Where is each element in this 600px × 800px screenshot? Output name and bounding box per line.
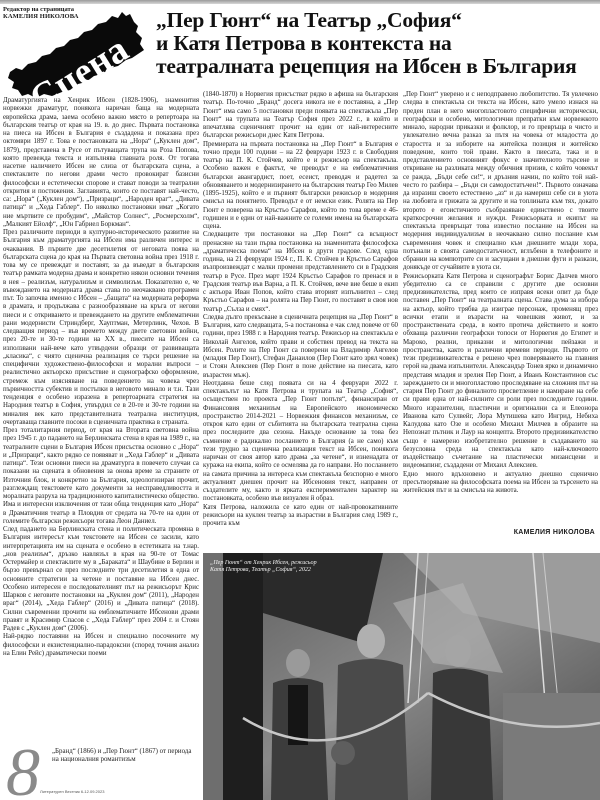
paragraph: Катя Петрова, наложила се като един от н… bbox=[203, 504, 398, 529]
paragraph: „Пер Гюнт“ уверено и с неподправено любо… bbox=[403, 91, 598, 273]
article-column-3: „Пер Гюнт“ уверено и с неподправено любо… bbox=[403, 91, 598, 523]
paragraph: Режисьорката Катя Петрова и сценографът … bbox=[403, 273, 598, 471]
paragraph: Неотдавна беше след появата си на 4 февр… bbox=[203, 380, 398, 504]
article-column-1: Драматургията на Хенрик Ибсен (1828-1906… bbox=[3, 97, 199, 709]
paragraph: През различните периоди в културно-истор… bbox=[3, 229, 199, 427]
headline-line-1: „Пер Гюнт“ на Театър „София“ bbox=[156, 9, 600, 32]
paragraph: Премиерата на първата постановка на „Пер… bbox=[203, 141, 398, 232]
paragraph: През тоталитарния период, от края на Вто… bbox=[3, 427, 199, 526]
headline-line-3: театралната рецепция на Ибсен в България bbox=[156, 55, 600, 78]
paragraph: Следва дълго прекъсване в сценичната рец… bbox=[203, 314, 398, 380]
article-column-1-tail: „Бранд“ (1866) и „Пер Гюнт“ (1867) от пе… bbox=[52, 748, 197, 765]
author-signature: КАМЕЛИЯ НИКОЛОВА bbox=[514, 529, 595, 536]
headline-line-2: и Катя Петрова в контекста на bbox=[156, 32, 600, 55]
page-footer: Литературен Вестник 6-12.09.2023 bbox=[40, 789, 104, 794]
paragraph: След падането на Берлинската стена и пол… bbox=[3, 526, 199, 633]
article-column-2: (1840-1870) в Норвегия присъстват рядко … bbox=[203, 91, 398, 548]
stage-photo: „Пер Гюнт“ от Хенрик Ибсен, режисьор Кат… bbox=[203, 553, 600, 800]
page-number: 8 bbox=[6, 742, 40, 800]
paragraph: Едно много вдъхновено и актуално днешно … bbox=[403, 471, 598, 496]
caption-line-2: Катя Петрова, Театър „София“, 2022 bbox=[210, 567, 317, 574]
section-rubric: Сцена bbox=[8, 10, 148, 98]
caption-line-1: „Пер Гюнт“ от Хенрик Ибсен, режисьор bbox=[210, 560, 317, 567]
top-border-strip bbox=[0, 0, 600, 4]
photo-caption: „Пер Гюнт“ от Хенрик Ибсен, режисьор Кат… bbox=[210, 560, 317, 574]
stage-photo-image bbox=[203, 553, 600, 800]
paragraph: Следващите три постановки на „Пер Гюнт“ … bbox=[203, 231, 398, 314]
paragraph: Най-рядко поставяни на Ибсен и специално… bbox=[3, 633, 199, 658]
paragraph: (1840-1870) в Норвегия присъстват рядко … bbox=[203, 91, 398, 141]
paragraph: Драматургията на Хенрик Ибсен (1828-1906… bbox=[3, 97, 199, 229]
article-headline: „Пер Гюнт“ на Театър „София“ и Катя Петр… bbox=[156, 9, 600, 78]
